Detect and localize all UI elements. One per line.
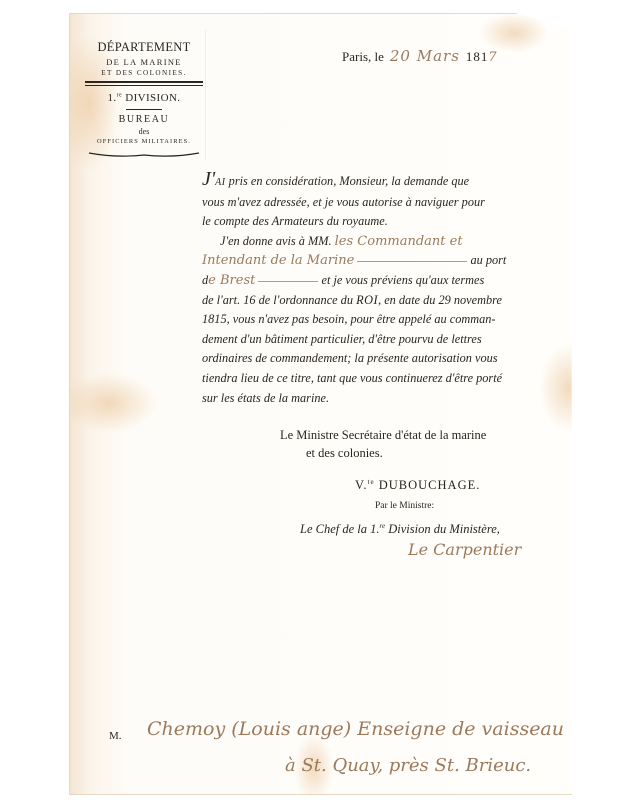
short-rule: [126, 109, 162, 110]
addressee-location: à St. Quay, près St. Brieuc.: [285, 755, 531, 776]
addressee-name: Chemoy (Louis ange) Enseigne de vaisseau: [147, 718, 564, 740]
body-line: de l'art. 16 de l'ordonnance du ROI, en …: [202, 291, 582, 311]
minister-name: V.te DUBOUCHAGE.: [355, 478, 480, 493]
des-label: des: [82, 127, 206, 136]
handwritten-date: 20 Mars: [390, 47, 460, 65]
addressee-label: M.: [109, 730, 122, 742]
body-line: dement d'un bâtiment particulier, d'être…: [202, 330, 582, 350]
dateline: Paris, le20 Mars1817: [342, 47, 497, 65]
minister-title-cont: et des colonies.: [280, 444, 486, 462]
ornamental-swash: [88, 152, 200, 158]
department-title: DÉPARTEMENT: [82, 40, 206, 55]
handwritten-fill: les Commandant et: [335, 234, 463, 249]
minister-title: Le Ministre Secrétaire d'état de la mari…: [280, 426, 486, 444]
handwritten-fill: e Brest: [208, 273, 255, 288]
body-line: J'AI pris en considération, Monsieur, la…: [202, 170, 582, 193]
division-label: 1.re DIVISION.: [82, 92, 206, 104]
body-line: vous m'avez adressée, et je vous autoris…: [202, 193, 582, 213]
year-printed: 181: [466, 49, 489, 64]
chef-division-line: Le Chef de la 1.re Division du Ministère…: [300, 522, 500, 537]
body-line: J'en donne avis à MM. les Commandant et: [202, 232, 582, 252]
double-rule: [85, 81, 203, 86]
closing-block: Le Ministre Secrétaire d'état de la mari…: [280, 426, 486, 462]
department-line2: DE LA MARINE: [82, 57, 206, 67]
body-line: 1815, vous n'avez pas besoin, pour être …: [202, 310, 582, 330]
handwritten-signature: Le Carpentier: [408, 540, 521, 559]
age-stain: [59, 373, 159, 433]
body-line: Intendant de la Marine au port: [202, 251, 582, 271]
officers-label: OFFICIERS MILITAIRES.: [82, 138, 206, 145]
handwritten-fill: Intendant de la Marine: [202, 253, 354, 268]
letterhead: DÉPARTEMENT DE LA MARINE ET DES COLONIES…: [82, 40, 206, 163]
body-line: sur les états de la marine.: [202, 389, 582, 409]
body-line: le compte des Armateurs du royaume.: [202, 212, 582, 232]
year-handwritten: 7: [488, 50, 496, 65]
body-line: de Brest et je vous préviens qu'aux term…: [202, 271, 582, 291]
date-prefix: Paris, le: [342, 49, 384, 64]
bureau-label: BUREAU: [82, 114, 206, 125]
department-line3: ET DES COLONIES.: [82, 69, 206, 77]
letter-body: J'AI pris en considération, Monsieur, la…: [202, 170, 582, 408]
body-line: ordinaires de commandement; la présente …: [202, 349, 582, 369]
par-le-ministre: Par le Ministre:: [375, 501, 434, 511]
body-line: tiendra lieu de ce titre, tant que vous …: [202, 369, 582, 389]
